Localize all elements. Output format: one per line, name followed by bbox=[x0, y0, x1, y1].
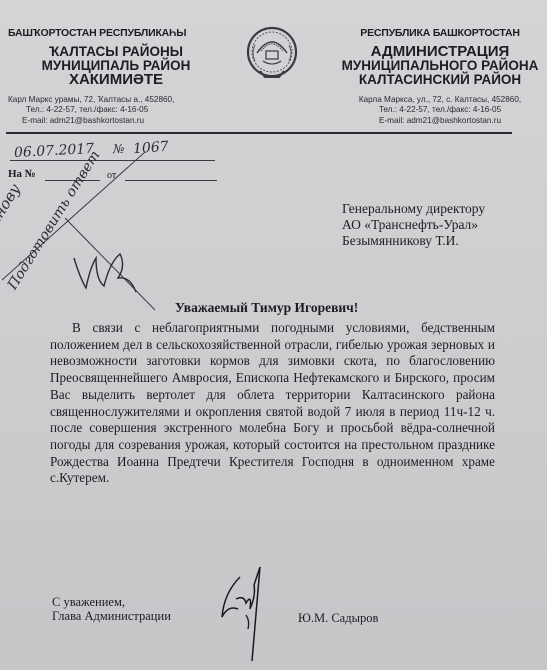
letterhead-country-bashkir: БАШҠОРТОСТАН РЕСПУБЛИКАҺЫ bbox=[6, 27, 226, 39]
body-paragraph: В связи с неблагоприятными погодными усл… bbox=[50, 320, 495, 487]
resolution-signature-icon bbox=[70, 248, 140, 298]
letter-page: БАШҠОРТОСТАН РЕСПУБЛИКАҺЫ ҠАЛТАСЫ РАЙОНЫ… bbox=[0, 0, 547, 670]
closing-title: Глава Администрации bbox=[52, 609, 171, 623]
closing-regards: С уважением, bbox=[52, 595, 171, 609]
letter-body: В связи с неблагоприятными погодными усл… bbox=[50, 320, 495, 487]
letterhead-contacts-bashkir: Карл Маркс урамы, 72, Ҡалтасы а., 452860… bbox=[6, 95, 226, 126]
letterhead-right: РЕСПУБЛИКА БАШКОРТОСТАН АДМИНИСТРАЦИЯ МУ… bbox=[340, 27, 540, 126]
org-line: ХАКИМИӘТЕ bbox=[6, 73, 226, 87]
email: E-mail: adm21@bashkortostan.ru bbox=[340, 116, 540, 126]
letterhead-left: БАШҠОРТОСТАН РЕСПУБЛИКАҺЫ ҠАЛТАСЫ РАЙОНЫ… bbox=[6, 27, 226, 126]
addressee-line: АО «Транснефть-Урал» bbox=[342, 217, 485, 233]
phones: Тел.: 4-22-57, тел./факс: 4-16-05 bbox=[340, 105, 540, 115]
org-line: ҠАЛТАСЫ РАЙОНЫ bbox=[6, 45, 226, 59]
addressee-line: Генеральному директору bbox=[342, 201, 485, 217]
signature-icon bbox=[218, 565, 268, 665]
addressee-line: Безымянникову Т.И. bbox=[342, 233, 485, 249]
letterhead-org-russian: АДМИНИСТРАЦИЯ МУНИЦИПАЛЬНОГО РАЙОНА КАЛТ… bbox=[340, 45, 540, 87]
closing-block: С уважением, Глава Администрации bbox=[52, 595, 171, 623]
letterhead-country-russian: РЕСПУБЛИКА БАШКОРТОСТАН bbox=[340, 27, 540, 39]
address: Карла Маркса, ул., 72, с. Калтасы, 45286… bbox=[340, 95, 540, 105]
letterhead-org-bashkir: ҠАЛТАСЫ РАЙОНЫ МУНИЦИПАЛЬ РАЙОН ХАКИМИӘТ… bbox=[6, 45, 226, 87]
coat-of-arms-icon bbox=[243, 25, 301, 87]
addressee-block: Генеральному директору АО «Транснефть-Ур… bbox=[342, 201, 485, 249]
letterhead-divider bbox=[6, 132, 512, 134]
phones: Тел.: 4-22-57, тел./факс: 4-16-05 bbox=[8, 105, 226, 115]
salutation: Уважаемый Тимур Игоревич! bbox=[175, 300, 358, 316]
org-line: КАЛТАСИНСКИЙ РАЙОН bbox=[340, 73, 540, 87]
org-line: АДМИНИСТРАЦИЯ bbox=[340, 45, 540, 59]
letterhead-contacts-russian: Карла Маркса, ул., 72, с. Калтасы, 45286… bbox=[340, 95, 540, 126]
org-line: МУНИЦИПАЛЬНОГО РАЙОНА bbox=[340, 59, 540, 73]
email: E-mail: adm21@bashkortostan.ru bbox=[8, 116, 226, 126]
address: Карл Маркс урамы, 72, Ҡалтасы а., 452860… bbox=[8, 95, 226, 105]
signer-name: Ю.М. Садыров bbox=[298, 611, 378, 626]
